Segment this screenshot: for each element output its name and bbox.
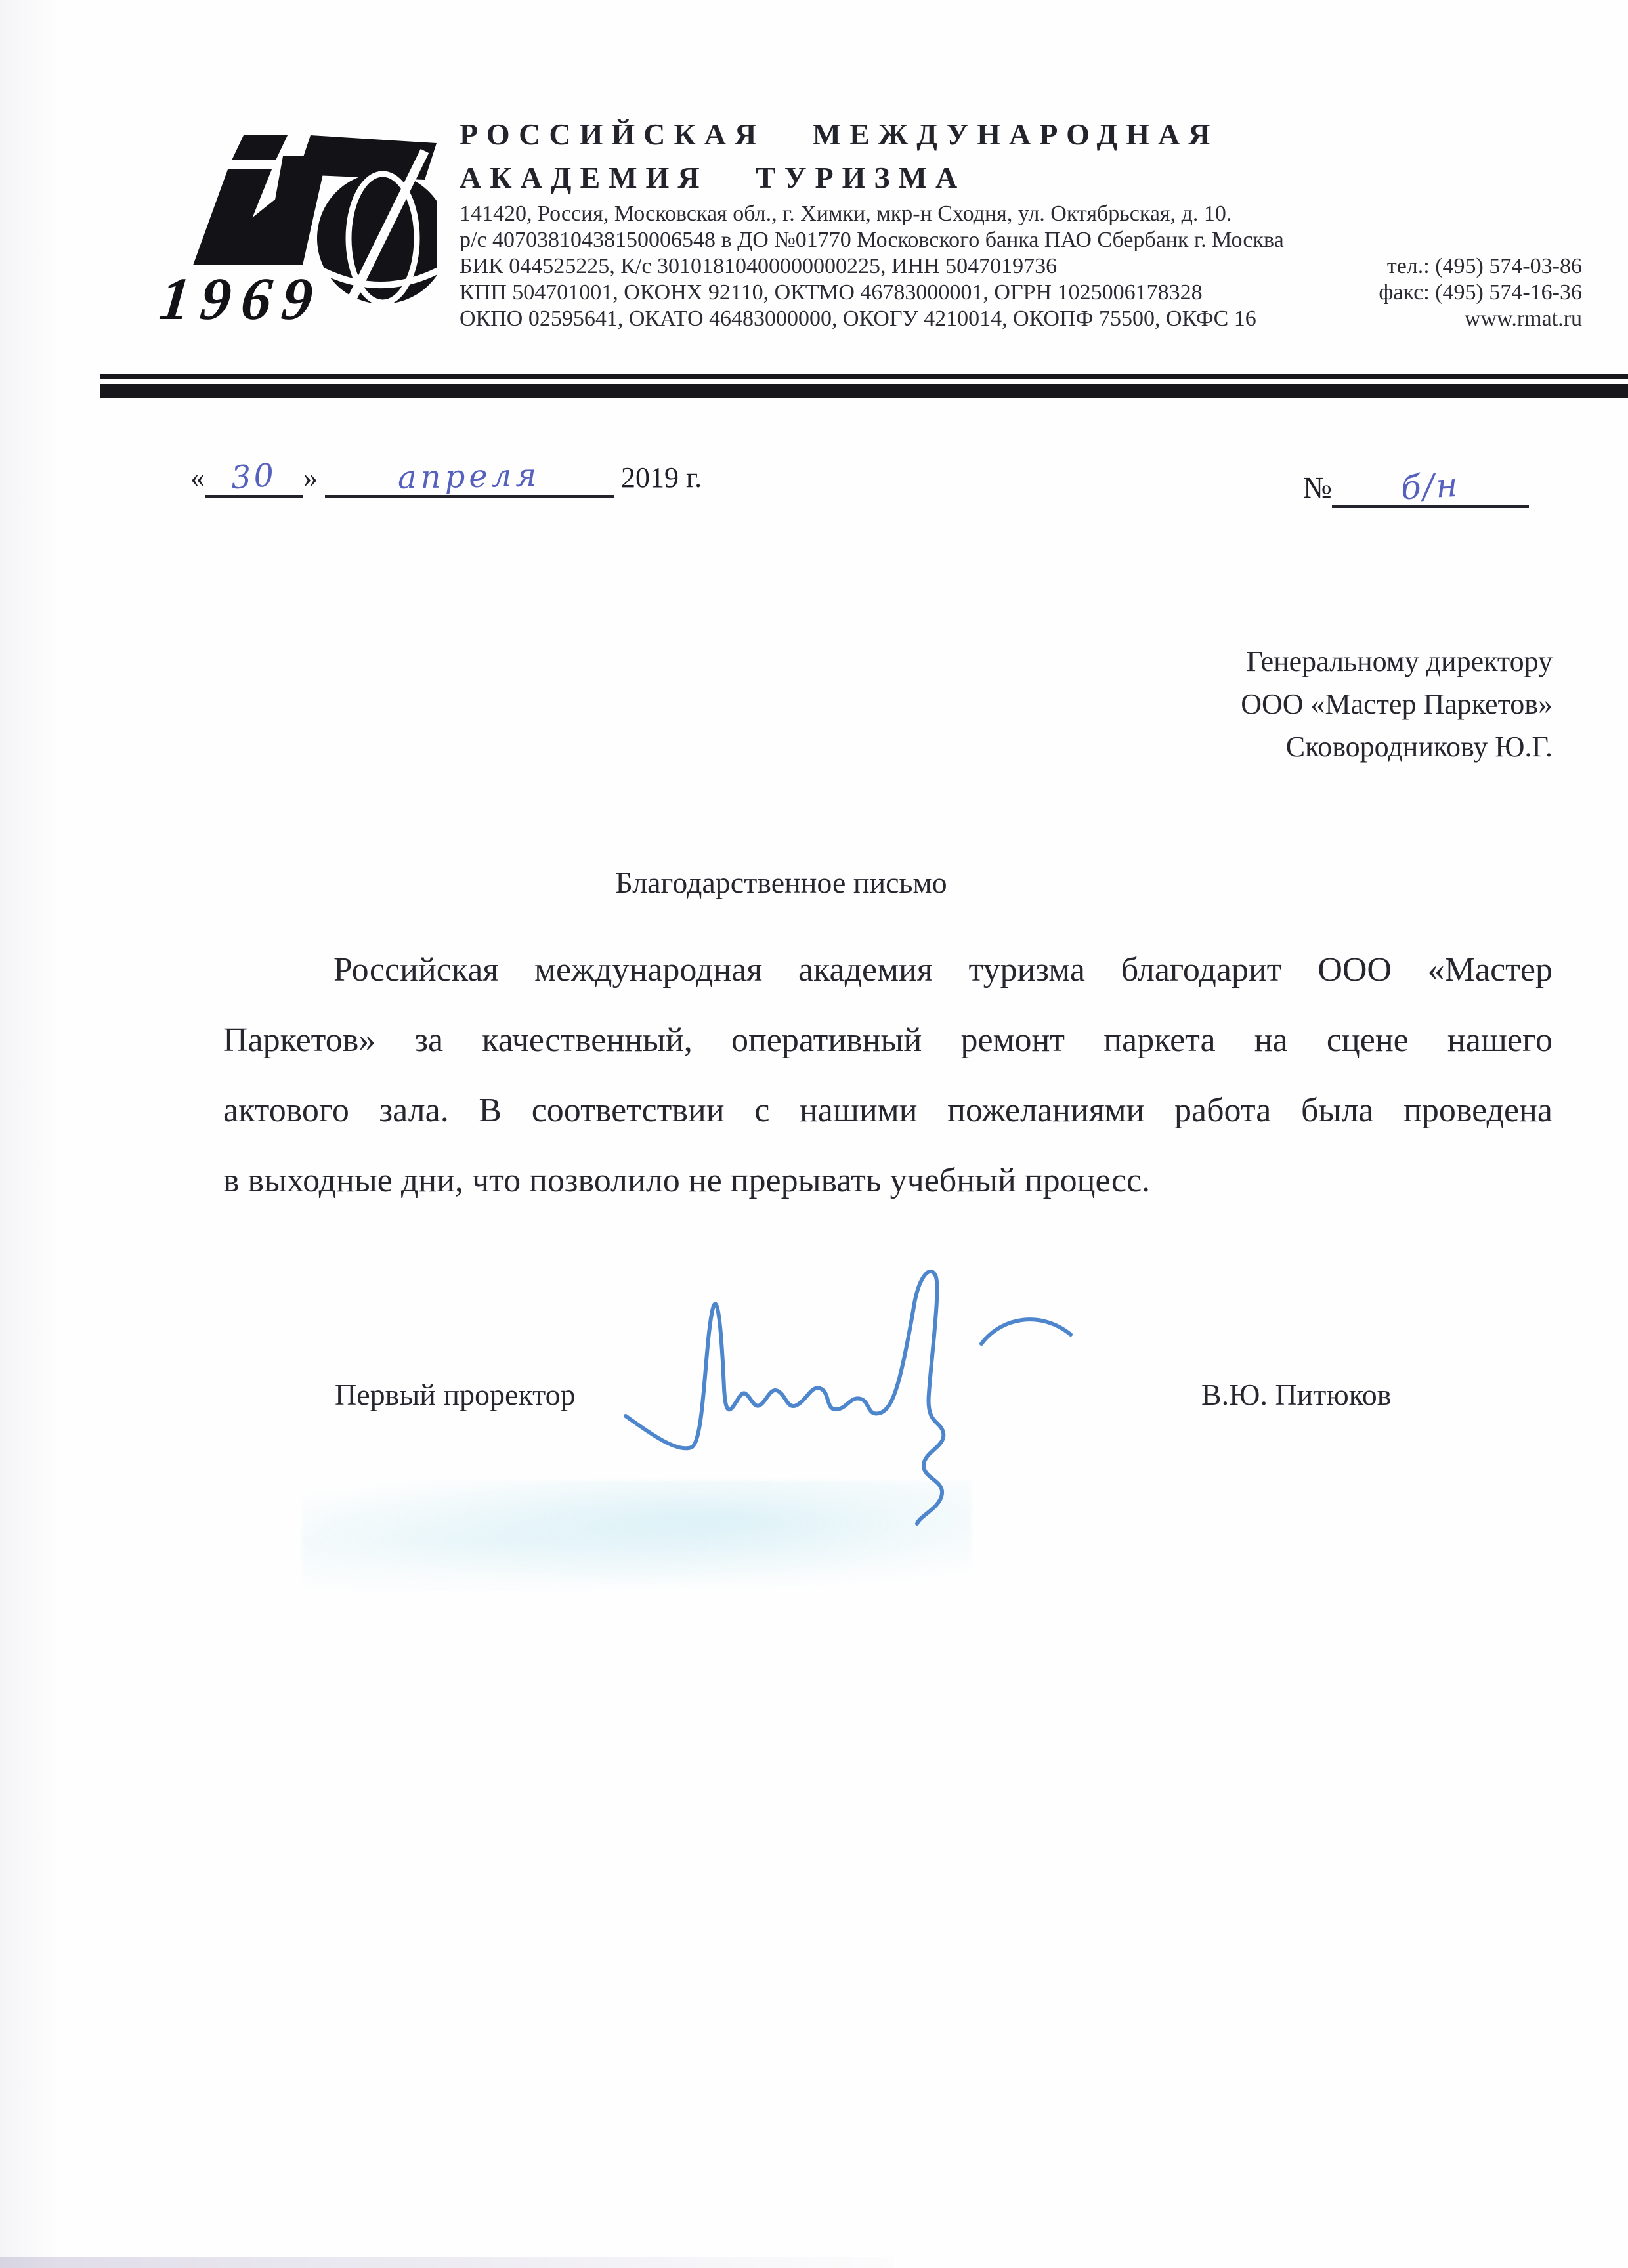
signer-position: Первый проректор: [335, 1377, 576, 1412]
org-name-block: РОССИЙСКАЯ МЕЖДУНАРОДНАЯ АКАДЕМИЯ ТУРИЗМ…: [460, 113, 1628, 200]
org-phone: тел.: (495) 574-03-86: [1267, 253, 1582, 280]
date-open-quote: «: [190, 461, 205, 494]
org-name-line2: АКАДЕМИЯ ТУРИЗМА: [460, 156, 1628, 200]
org-details-block: 141420, Россия, Московская обл., г. Химк…: [460, 201, 1379, 332]
org-fax: факс: (495) 574-16-36: [1267, 280, 1582, 306]
org-contacts-block: тел.: (495) 574-03-86 факс: (495) 574-16…: [1267, 253, 1582, 332]
logo-year: 1969: [157, 265, 327, 327]
signer-name: В.Ю. Питюков: [1201, 1377, 1392, 1412]
number-handwritten: б/н: [1400, 466, 1461, 507]
letterhead-rule-thin: [100, 374, 1628, 379]
addressee-company: ООО «Мастер Паркетов»: [1241, 683, 1553, 725]
number-sign: №: [1303, 471, 1332, 504]
org-address-line: 141420, Россия, Московская обл., г. Химк…: [460, 201, 1379, 227]
org-bik-line: БИК 044525225, К/с 30101810400000000225,…: [460, 253, 1379, 280]
date-month-underline: апреля: [325, 458, 614, 498]
body-line: Паркетов» за качественный, оперативный р…: [223, 1005, 1553, 1075]
rmat-logo-icon: 1969: [128, 117, 437, 327]
org-okpo-line: ОКПО 02595641, ОКАТО 46483000000, ОКОГУ …: [460, 306, 1379, 332]
date-line: «30» апреля 2019 г.: [190, 458, 702, 498]
org-name-line1: РОССИЙСКАЯ МЕЖДУНАРОДНАЯ: [460, 113, 1628, 156]
org-account-line: р/с 40703810438150006548 в ДО №01770 Мос…: [460, 227, 1379, 253]
date-month-handwritten: апреля: [398, 457, 541, 496]
addressee-position: Генеральному директору: [1241, 640, 1553, 683]
org-kpp-line: КПП 504701001, ОКОНХ 92110, ОКТМО 467830…: [460, 280, 1379, 306]
scan-edge-artifact: [0, 0, 59, 2268]
date-close-quote: »: [303, 461, 318, 494]
body-line: актового зала. В соответствии с нашими п…: [223, 1075, 1553, 1145]
date-year: 2019 г.: [621, 461, 702, 494]
org-website: www.rmat.ru: [1267, 306, 1582, 332]
addressee-block: Генеральному директору ООО «Мастер Парке…: [1241, 640, 1553, 768]
scan-bottom-artifact: [0, 2257, 893, 2268]
date-day-handwritten: 30: [230, 457, 278, 497]
letter-title: Благодарственное письмо: [102, 865, 1461, 900]
addressee-person: Сковородникову Ю.Г.: [1241, 725, 1553, 768]
letterhead-rule-thick: [100, 384, 1628, 398]
scanned-letter-page: 1969 РОССИЙСКАЯ МЕЖДУНАРОДНАЯ АКАДЕМИЯ Т…: [0, 0, 1628, 2268]
date-day-underline: 30: [205, 458, 303, 498]
document-number-line: №б/н: [1303, 467, 1529, 508]
signature-ink-scribble: [614, 1251, 1113, 1533]
number-underline: б/н: [1332, 467, 1529, 508]
body-line: в выходные дни, что позволило не прерыва…: [223, 1145, 1553, 1216]
letter-body: Российская международная академия туризм…: [223, 935, 1553, 1216]
body-line: Российская международная академия туризм…: [223, 935, 1553, 1005]
